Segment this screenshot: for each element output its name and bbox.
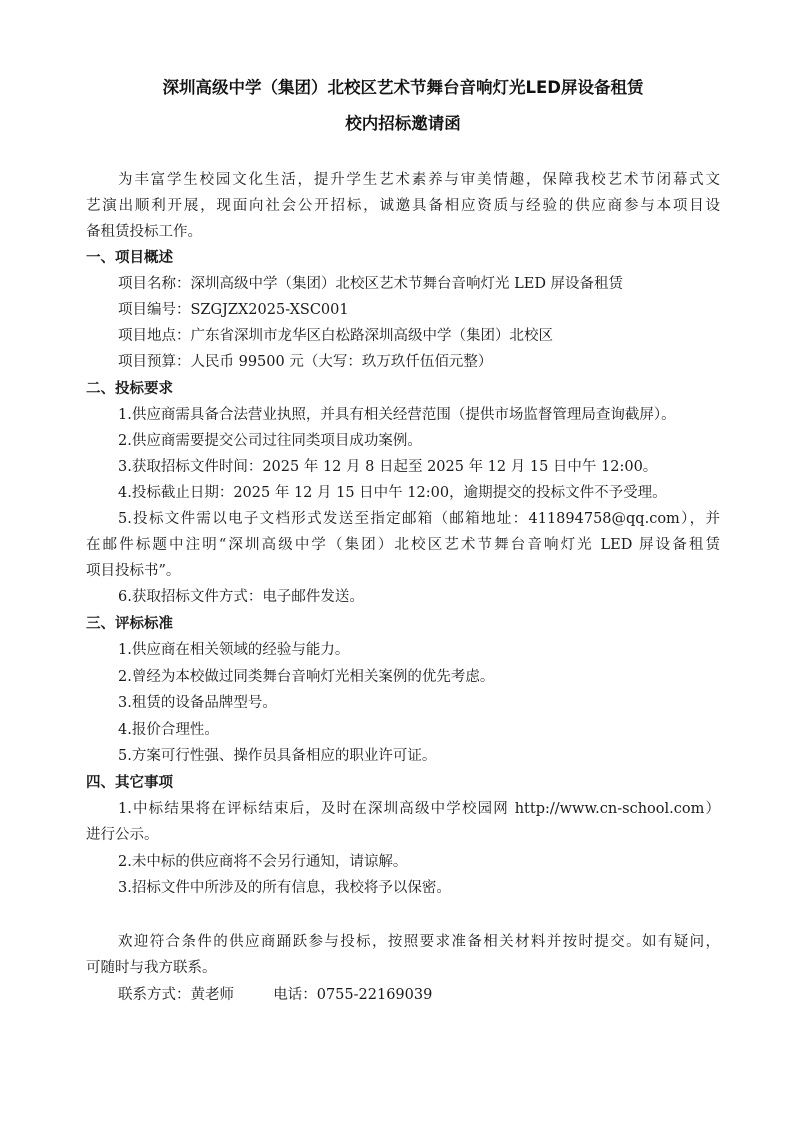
list-item: 6.获取招标文件方式：电子邮件发送。	[118, 587, 758, 607]
section-heading: 四、其它事项	[86, 773, 726, 793]
document-subtitle: 校内招标邀请函	[86, 110, 720, 134]
list-item: 1.中标结果将在评标结束后，及时在深圳高级中学校园网 http://www.cn…	[118, 799, 720, 819]
intro-line: 为丰富学生校园文化生活，提升学生艺术素养与审美情趣，保障我校艺术节闭幕式文	[118, 170, 720, 190]
list-item: 项目预算：人民币 99500 元（大写：玖万玖仟伍佰元整）	[118, 352, 758, 372]
list-item: 5.投标文件需以电子文档形式发送至指定邮箱（邮箱地址：411894758@qq.…	[118, 509, 720, 529]
list-item: 1.供应商在相关领域的经验与能力。	[118, 640, 758, 660]
list-item: 2.曾经为本校做过同类舞台音响灯光相关案例的优先考虑。	[118, 667, 758, 687]
section-heading: 三、评标标准	[86, 614, 726, 634]
list-item: 项目投标书”。	[86, 561, 726, 581]
list-item: 项目编号：SZGJZX2025-XSC001	[118, 300, 758, 320]
list-item: 4.投标截止日期：2025 年 12 月 15 日中午 12:00，逾期提交的投…	[118, 483, 758, 503]
list-item: 在邮件标题中注明“深圳高级中学（集团）北校区艺术节舞台音响灯光 LED 屏设备租…	[86, 535, 720, 555]
document-title: 深圳高级中学（集团）北校区艺术节舞台音响灯光LED屏设备租赁	[86, 74, 720, 98]
intro-line: 艺演出顺利开展，现面向社会公开招标，诚邀具备相应资质与经验的供应商参与本项目设	[86, 196, 720, 216]
list-item: 进行公示。	[86, 825, 726, 845]
list-item: 5.方案可行性强、操作员具备相应的职业许可证。	[118, 746, 758, 766]
list-item: 2.未中标的供应商将不会另行通知，请谅解。	[118, 852, 758, 872]
section-heading: 二、投标要求	[86, 379, 726, 399]
contact-phone: 电话：0755-22169039	[273, 987, 432, 1003]
contact-name: 联系方式：黄老师	[118, 987, 234, 1003]
list-item: 项目地点：广东省深圳市龙华区白松路深圳高级中学（集团）北校区	[118, 326, 758, 346]
list-item: 3.获取招标文件时间：2025 年 12 月 8 日起至 2025 年 12 月…	[118, 457, 758, 477]
list-item: 2.供应商需要提交公司过往同类项目成功案例。	[118, 431, 758, 451]
list-item: 3.租赁的设备品牌型号。	[118, 693, 758, 713]
list-item: 3.招标文件中所涉及的所有信息，我校将予以保密。	[118, 878, 758, 898]
list-item: 项目名称：深圳高级中学（集团）北校区艺术节舞台音响灯光 LED 屏设备租赁	[118, 274, 758, 294]
list-item: 4.报价合理性。	[118, 720, 758, 740]
list-item: 1.供应商需具备合法营业执照，并具有相关经营范围（提供市场监督管理局查询截屏）。	[118, 405, 758, 425]
closing-line: 欢迎符合条件的供应商踊跃参与投标，按照要求准备相关材料并按时提交。如有疑问，	[118, 932, 720, 952]
closing-line: 可随时与我方联系。	[86, 958, 726, 978]
contact-person: 联系方式：黄老师 电话：0755-22169039	[118, 985, 758, 1005]
intro-line: 备租赁投标工作。	[86, 222, 726, 242]
section-heading: 一、项目概述	[86, 248, 726, 268]
